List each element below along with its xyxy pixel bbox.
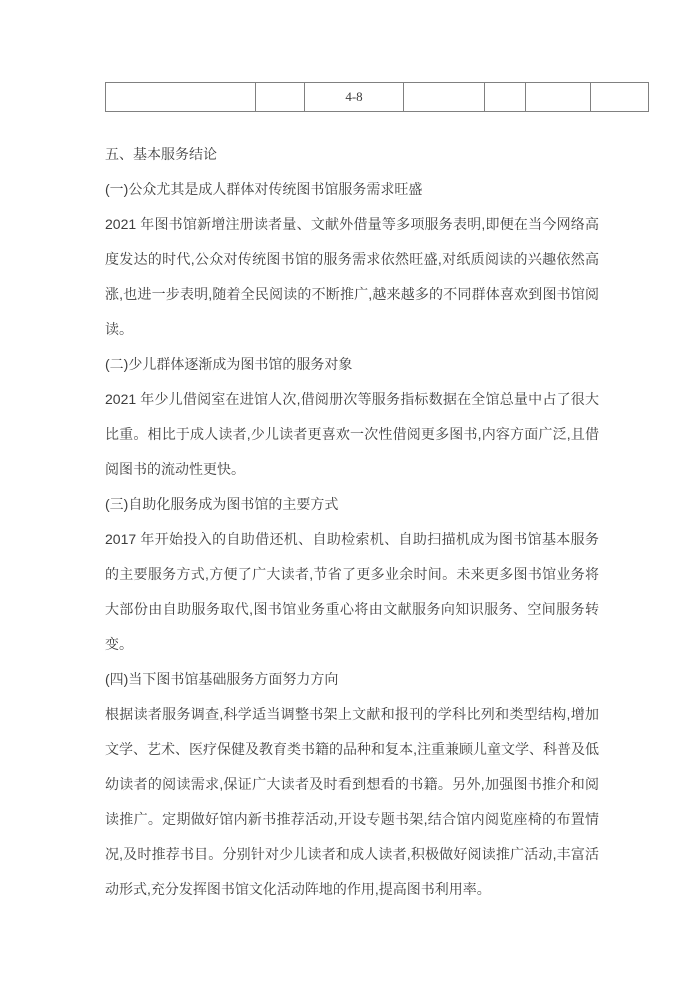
paragraph-1: 2021 年图书馆新增注册读者量、文献外借量等多项服务表明,即便在当今网络高度发… (105, 207, 599, 347)
table-cell (404, 83, 485, 112)
paragraph-4: 根据读者服务调查,科学适当调整书架上文献和报刊的学科比列和类型结构,增加文学、艺… (105, 697, 599, 907)
subsection-heading-2: (二)少儿群体逐渐成为图书馆的服务对象 (105, 347, 599, 382)
table-cell (256, 83, 305, 112)
table: 4-8 (105, 82, 649, 112)
paragraph-3: 2017 年开始投入的自助借还机、自助检索机、自助扫描机成为图书馆基本服务的主要… (105, 522, 599, 662)
section-title: 五、基本服务结论 (105, 137, 599, 172)
subsection-heading-4: (四)当下图书馆基础服务方面努力方向 (105, 662, 599, 697)
table-row: 4-8 (106, 83, 649, 112)
table-cell (526, 83, 591, 112)
subsection-heading-1: (一)公众尤其是成人群体对传统图书馆服务需求旺盛 (105, 172, 599, 207)
table-cell (591, 83, 649, 112)
table-cell-value: 4-8 (305, 83, 404, 112)
continued-table-fragment: 4-8 (105, 82, 649, 112)
table-cell (106, 83, 256, 112)
document-page: 4-8 五、基本服务结论 (一)公众尤其是成人群体对传统图书馆服务需求旺盛 20… (0, 0, 700, 990)
document-body: 五、基本服务结论 (一)公众尤其是成人群体对传统图书馆服务需求旺盛 2021 年… (105, 137, 599, 907)
subsection-heading-3: (三)自助化服务成为图书馆的主要方式 (105, 487, 599, 522)
table-cell (485, 83, 526, 112)
paragraph-2: 2021 年少儿借阅室在进馆人次,借阅册次等服务指标数据在全馆总量中占了很大比重… (105, 382, 599, 487)
